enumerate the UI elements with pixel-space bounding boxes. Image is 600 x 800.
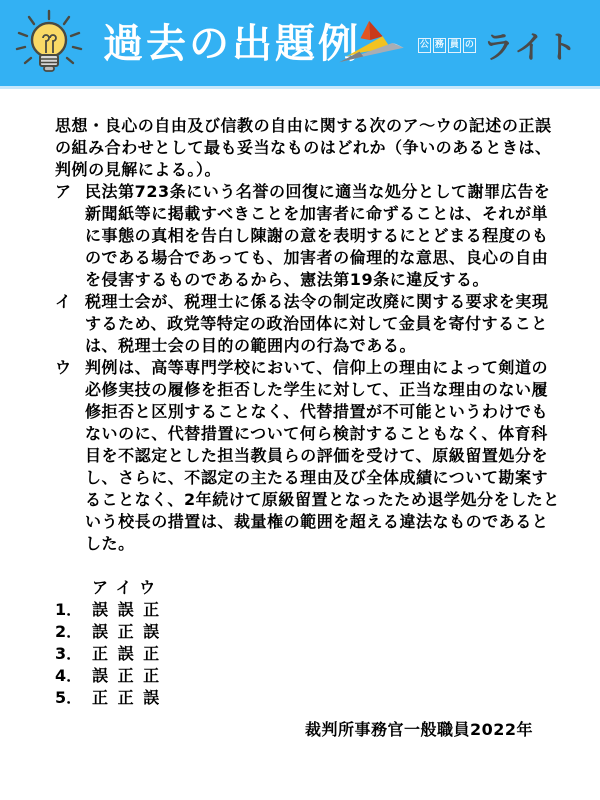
statement-i: イ 税理士会が、税理士に係る法令の制定改廃に関する要求を実現するため、政党等特定… <box>55 291 561 357</box>
exam-source: 裁判所事務官一般職員2022年 <box>55 717 561 740</box>
brand-box-char: 員 <box>448 38 461 53</box>
choice-3-marks: 正 誤 正 <box>92 643 160 665</box>
choices: ア イ ウ 1． 誤 誤 正 2． 誤 正 誤 3． 正 誤 正 4． 誤 正 … <box>55 577 561 709</box>
choice-3-number: 3． <box>55 643 92 665</box>
header: 過去の出題例 公 務 員 の ライト <box>0 0 600 86</box>
brand-logo: 公 務 員 の ライト <box>334 14 578 72</box>
statement-a-label: ア <box>55 181 85 291</box>
lightbulb-icon <box>13 7 85 79</box>
question-body: 思想・良心の自由及び信教の自由に関する次のア〜ウの記述の正誤の組み合わせとして最… <box>0 89 561 740</box>
brand-small-text: 公 務 員 の <box>418 38 478 53</box>
question-intro: 思想・良心の自由及び信教の自由に関する次のア〜ウの記述の正誤の組み合わせとして最… <box>55 115 561 181</box>
choice-5-number: 5． <box>55 687 92 709</box>
choice-5: 5． 正 正 誤 <box>55 687 561 709</box>
choice-4-number: 4． <box>55 665 92 687</box>
choice-2-number: 2． <box>55 621 92 643</box>
choice-2-marks: 誤 正 誤 <box>92 621 160 643</box>
statement-u-text: 判例は、高等専門学校において、信仰上の理由によって剣道の必修実技の履修を拒否した… <box>85 357 561 555</box>
choices-header: ア イ ウ <box>55 577 561 599</box>
statement-i-text: 税理士会が、税理士に係る法令の制定改廃に関する要求を実現するため、政党等特定の政… <box>85 291 561 357</box>
statement-a: ア 民法第723条にいう名誉の回復に適当な処分として謝罪広告を新聞紙等に掲載すべ… <box>55 181 561 291</box>
brand-box-char: 公 <box>418 38 431 53</box>
choice-3: 3． 正 誤 正 <box>55 643 561 665</box>
choice-1-marks: 誤 誤 正 <box>92 599 160 621</box>
brand-box-char: の <box>463 38 476 53</box>
paper-plane-icon <box>334 18 412 68</box>
choice-4: 4． 誤 正 正 <box>55 665 561 687</box>
statement-u-label: ウ <box>55 357 85 555</box>
choice-2: 2． 誤 正 誤 <box>55 621 561 643</box>
statement-a-text: 民法第723条にいう名誉の回復に適当な処分として謝罪広告を新聞紙等に掲載すべきこ… <box>85 181 561 291</box>
choice-4-marks: 誤 正 正 <box>92 665 160 687</box>
page-title: 過去の出題例 <box>103 12 361 69</box>
statement-i-label: イ <box>55 291 85 357</box>
choice-1: 1． 誤 誤 正 <box>55 599 561 621</box>
brand-box-char: 務 <box>433 38 446 53</box>
page: 過去の出題例 公 務 員 の ライト 思想・良心の自由及び信教の自由に関する次の… <box>0 0 600 800</box>
choice-5-marks: 正 正 誤 <box>92 687 160 709</box>
choice-1-number: 1． <box>55 599 92 621</box>
statement-u: ウ 判例は、高等専門学校において、信仰上の理由によって剣道の必修実技の履修を拒否… <box>55 357 561 555</box>
brand-name: ライト <box>483 22 578 67</box>
